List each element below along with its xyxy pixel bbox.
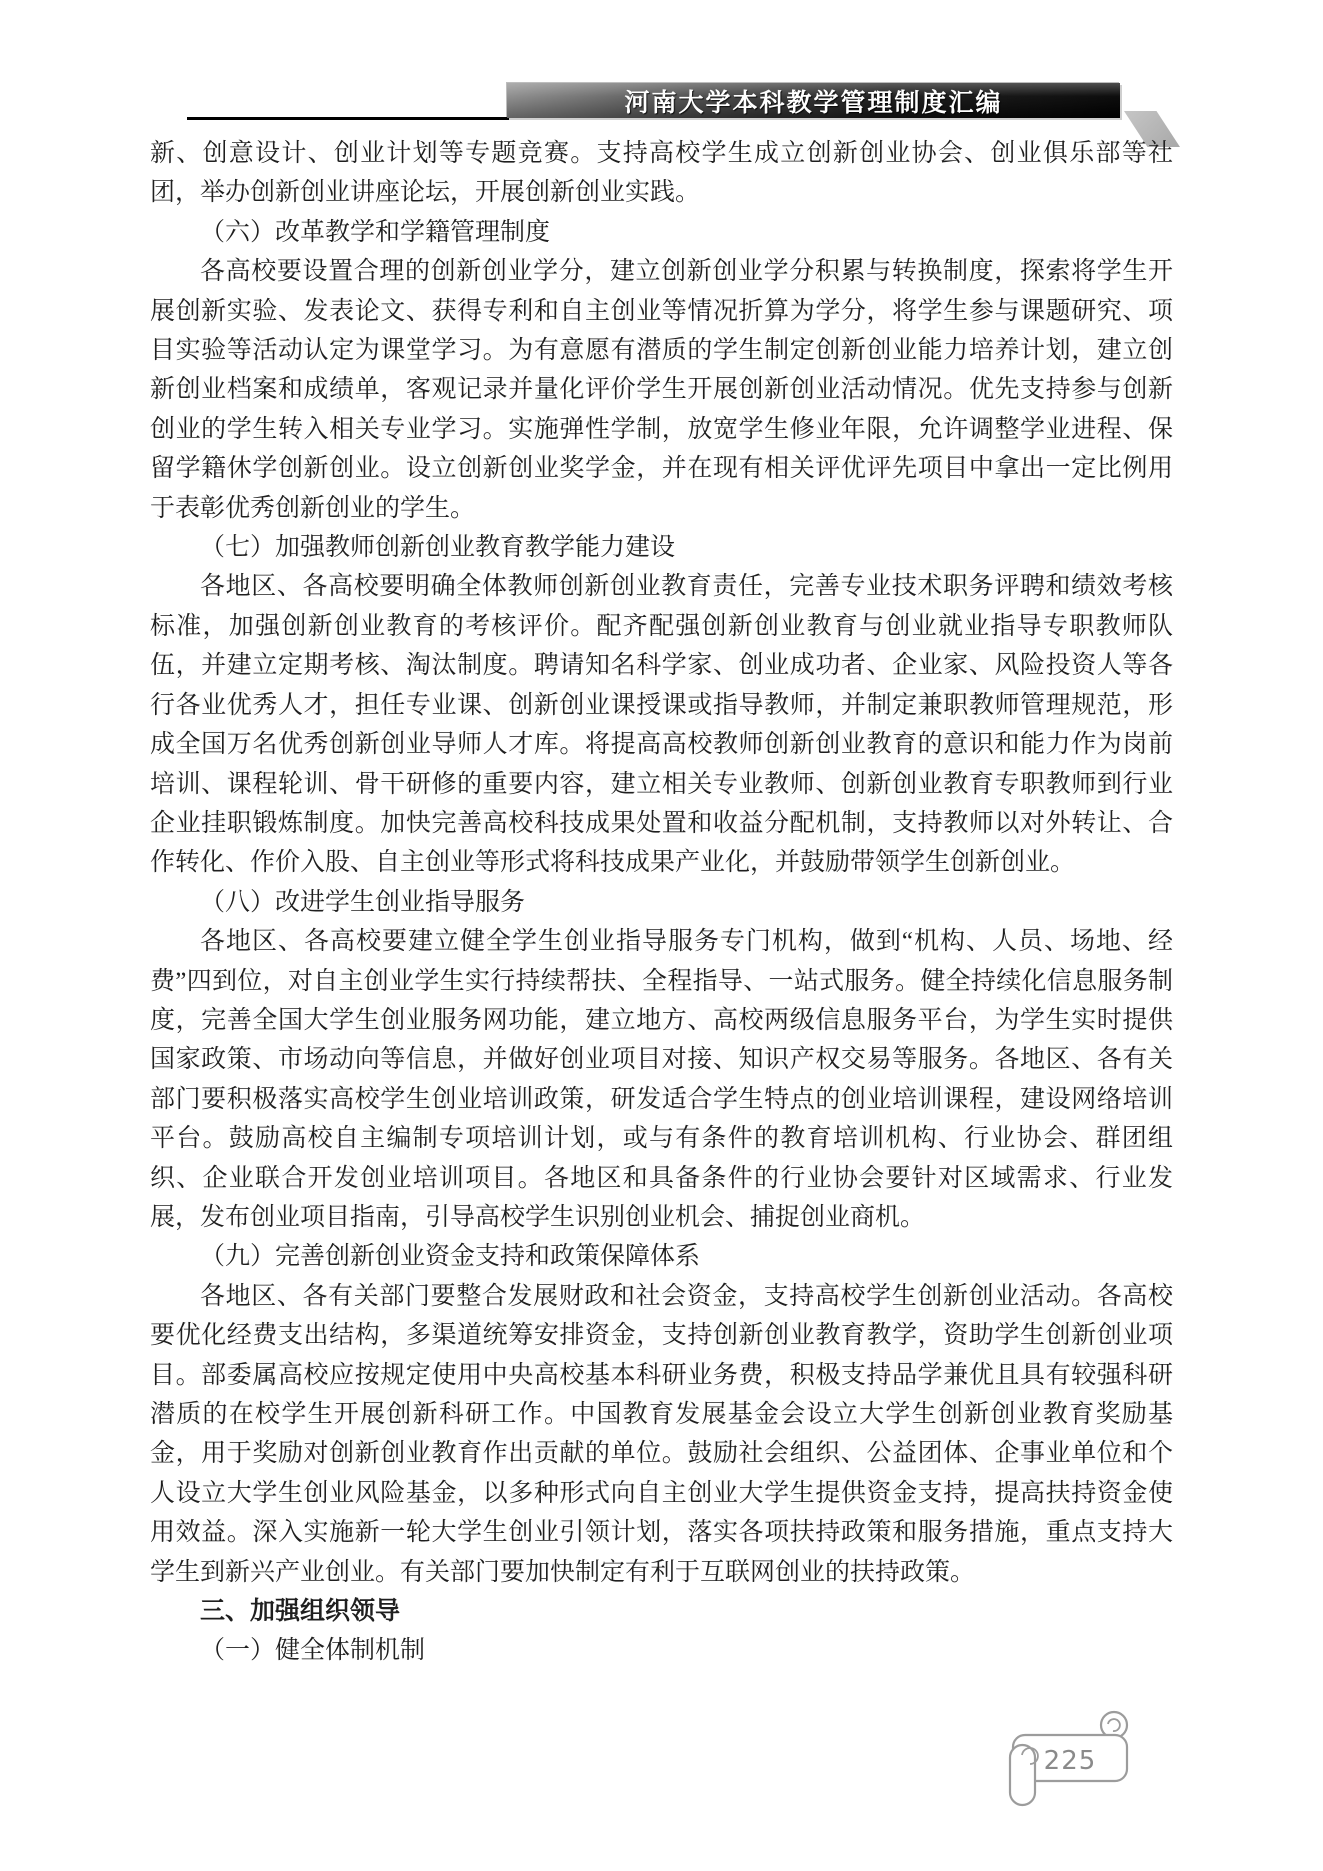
doc-paragraph: 新、创意设计、创业计划等专题竞赛。支持高校学生成立创新创业协会、创业俱乐部等社团… bbox=[150, 134, 1173, 213]
item-heading: （七）加强教师创新创业教育教学能力建设 bbox=[150, 528, 1173, 567]
section-heading: 三、加强组织领导 bbox=[150, 1592, 1173, 1631]
doc-paragraph: 各地区、各高校要建立健全学生创业指导服务专门机构，做到“机构、人员、场地、经费”… bbox=[150, 922, 1173, 1237]
doc-paragraph: 各地区、各有关部门要整合发展财政和社会资金，支持高校学生创新创业活动。各高校要优… bbox=[150, 1277, 1173, 1592]
item-heading: （六）改革教学和学籍管理制度 bbox=[150, 213, 1173, 252]
item-heading: （九）完善创新创业资金支持和政策保障体系 bbox=[150, 1237, 1173, 1276]
header-banner: 河南大学本科教学管理制度汇编 bbox=[507, 83, 1120, 118]
doc-paragraph: 各地区、各高校要明确全体教师创新创业教育责任，完善专业技术职务评聘和绩效考核标准… bbox=[150, 567, 1173, 882]
doc-paragraph: 各高校要设置合理的创新创业学分，建立创新创业学分积累与转换制度，探索将学生开展创… bbox=[150, 252, 1173, 528]
page-number: 225 bbox=[1030, 1746, 1110, 1776]
document-body: 新、创意设计、创业计划等专题竞赛。支持高校学生成立创新创业协会、创业俱乐部等社团… bbox=[150, 134, 1173, 1671]
page-header-title: 河南大学本科教学管理制度汇编 bbox=[624, 83, 1002, 119]
item-heading: （一）健全体制机制 bbox=[150, 1631, 1173, 1670]
item-heading: （八）改进学生创业指导服务 bbox=[150, 883, 1173, 922]
